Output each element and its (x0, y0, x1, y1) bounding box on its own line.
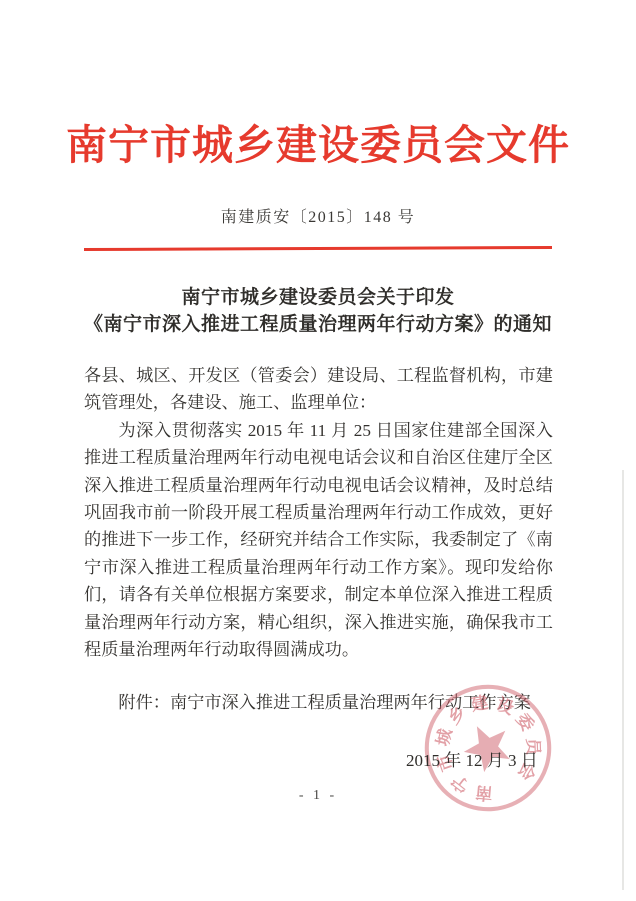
salutation-line: 各县、城区、开发区（管委会）建设局、工程监督机构，市建筑管理处，各建设、施工、监… (84, 362, 553, 417)
scan-edge-artifact (622, 470, 624, 890)
svg-text:南: 南 (475, 783, 494, 804)
header-divider-line (84, 246, 552, 251)
main-paragraph: 为深入贯彻落实 2015 年 11 月 25 日国家住建部全国深入推进工程质量治… (84, 417, 553, 664)
svg-text:委: 委 (512, 709, 538, 734)
svg-text:建: 建 (469, 692, 489, 715)
issue-date: 2015 年 12 月 3 日 (406, 746, 556, 771)
notice-title: 南宁市城乡建设委员会关于印发 《南宁市深入推进工程质量治理两年行动方案》的通知 (0, 284, 636, 338)
svg-text:设: 设 (494, 693, 517, 718)
svg-text:宁: 宁 (447, 771, 473, 797)
svg-text:城: 城 (433, 726, 456, 748)
document-body: 各县、城区、开发区（管委会）建设局、工程监督机构，市建筑管理处，各建设、施工、监… (84, 362, 553, 717)
document-page: 南宁市城乡建设委员会文件 南建质安〔2015〕148 号 南宁市城乡建设委员会关… (0, 0, 636, 901)
document-number: 南建质安〔2015〕148 号 (0, 204, 636, 227)
document-header-title: 南宁市城乡建设委员会文件 (0, 112, 636, 171)
svg-text:乡: 乡 (444, 702, 470, 728)
notice-title-line2: 《南宁市深入推进工程质量治理两年行动方案》的通知 (0, 311, 636, 338)
notice-title-line1: 南宁市城乡建设委员会关于印发 (0, 284, 636, 311)
